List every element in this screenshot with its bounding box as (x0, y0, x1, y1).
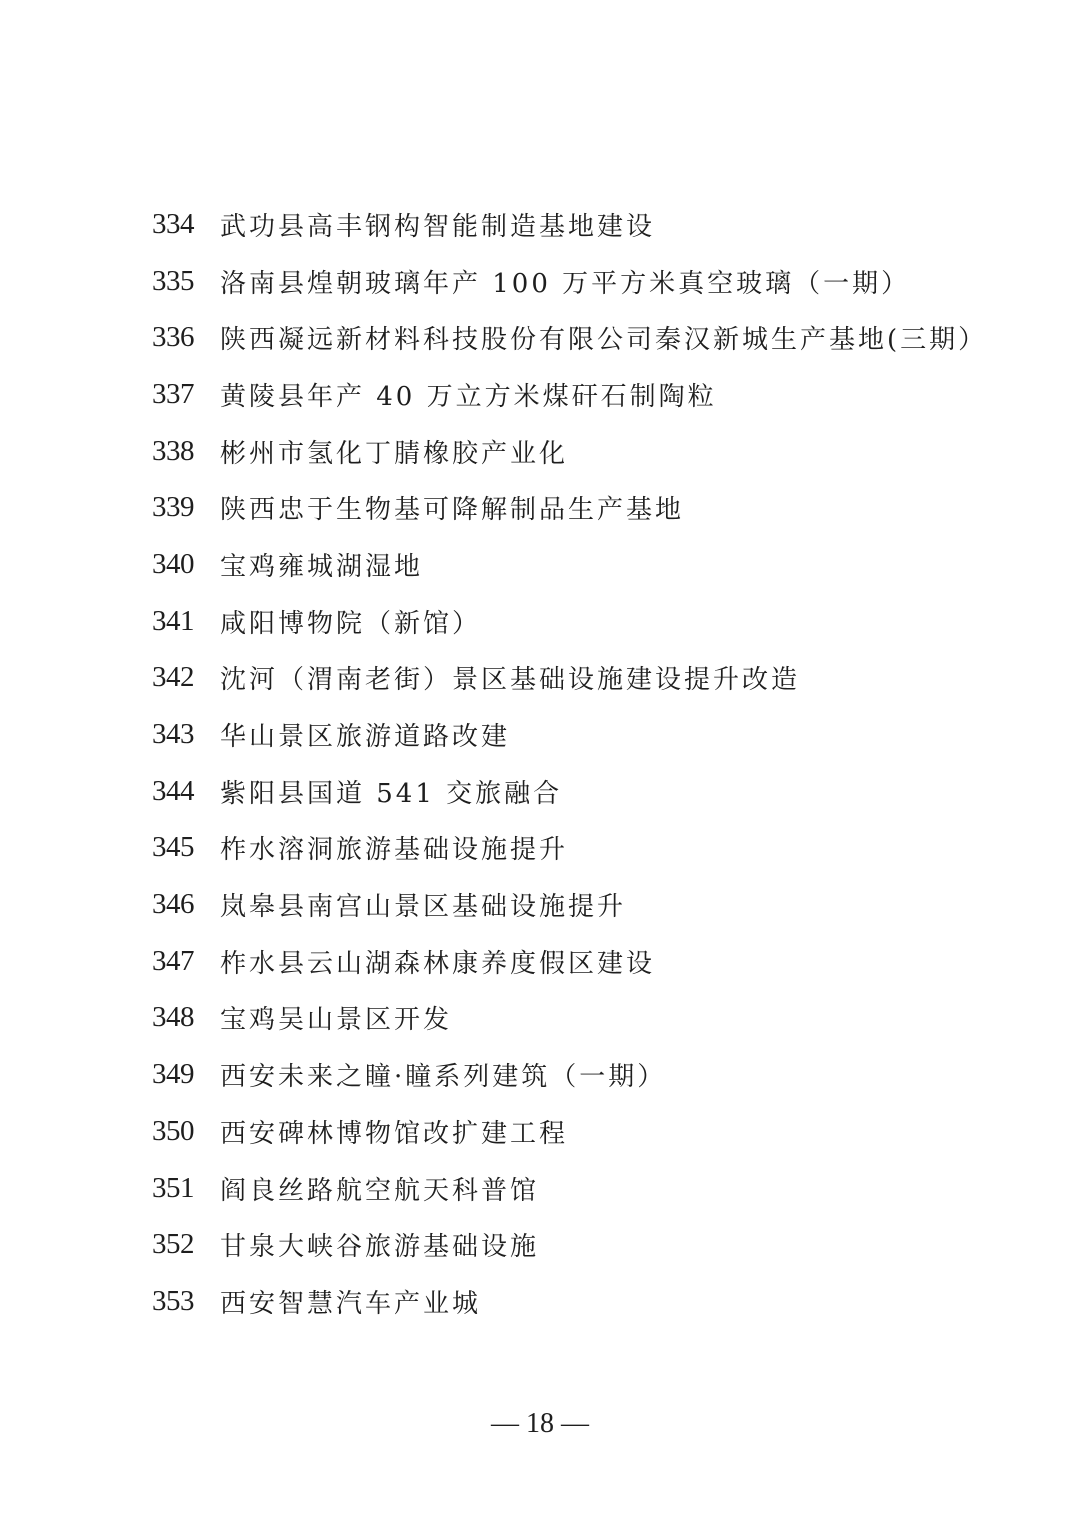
item-number: 337 (152, 378, 220, 411)
item-number: 339 (152, 491, 220, 524)
item-number: 335 (152, 265, 220, 298)
list-item: 350西安碑林博物馆改扩建工程 (152, 1103, 972, 1160)
list-item: 337黄陵县年产 40 万立方米煤矸石制陶粒 (152, 366, 972, 423)
item-number: 340 (152, 548, 220, 581)
item-name: 沈河（渭南老街）景区基础设施建设提升改造 (220, 659, 800, 696)
item-name: 咸阳博物院（新馆） (220, 603, 481, 640)
list-item: 345柞水溶洞旅游基础设施提升 (152, 820, 972, 877)
item-name: 华山景区旅游道路改建 (220, 716, 510, 753)
item-name: 宝鸡吴山景区开发 (220, 999, 452, 1036)
item-name: 宝鸡雍城湖湿地 (220, 546, 423, 583)
list-item: 347柞水县云山湖森林康养度假区建设 (152, 933, 972, 990)
item-number: 341 (152, 605, 220, 638)
list-item: 338彬州市氢化丁腈橡胶产业化 (152, 423, 972, 480)
item-name: 陕西忠于生物基可降解制品生产基地 (220, 489, 684, 526)
list-item: 335洛南县煌朝玻璃年产 100 万平方米真空玻璃（一期） (152, 253, 972, 310)
list-item: 336陕西凝远新材料科技股份有限公司秦汉新城生产基地(三期） (152, 309, 972, 366)
list-item: 349西安未来之瞳·瞳系列建筑（一期） (152, 1046, 972, 1103)
item-number: 344 (152, 775, 220, 808)
item-number: 334 (152, 208, 220, 241)
item-name: 西安智慧汽车产业城 (220, 1283, 481, 1320)
item-name: 甘泉大峡谷旅游基础设施 (220, 1226, 539, 1263)
item-name: 阎良丝路航空航天科普馆 (220, 1170, 539, 1207)
item-name: 紫阳县国道 541 交旅融合 (220, 773, 562, 810)
list-item: 346岚皋县南宫山景区基础设施提升 (152, 876, 972, 933)
item-name: 柞水县云山湖森林康养度假区建设 (220, 943, 655, 980)
list-item: 343华山景区旅游道路改建 (152, 706, 972, 763)
list-item: 353西安智慧汽车产业城 (152, 1273, 972, 1330)
item-name: 西安碑林博物馆改扩建工程 (220, 1113, 568, 1150)
item-number: 349 (152, 1058, 220, 1091)
list-item: 351阎良丝路航空航天科普馆 (152, 1160, 972, 1217)
item-name: 西安未来之瞳·瞳系列建筑（一期） (220, 1056, 666, 1093)
list-item: 339陕西忠于生物基可降解制品生产基地 (152, 479, 972, 536)
item-number: 353 (152, 1285, 220, 1318)
item-number: 346 (152, 888, 220, 921)
item-number: 352 (152, 1228, 220, 1261)
item-number: 345 (152, 831, 220, 864)
list-item: 344紫阳县国道 541 交旅融合 (152, 763, 972, 820)
list-item: 342沈河（渭南老街）景区基础设施建设提升改造 (152, 650, 972, 707)
item-number: 338 (152, 435, 220, 468)
list-item: 348宝鸡吴山景区开发 (152, 990, 972, 1047)
project-list: 334武功县高丰钢构智能制造基地建设 335洛南县煌朝玻璃年产 100 万平方米… (152, 196, 972, 1330)
list-item: 334武功县高丰钢构智能制造基地建设 (152, 196, 972, 253)
item-number: 351 (152, 1172, 220, 1205)
item-name: 柞水溶洞旅游基础设施提升 (220, 829, 568, 866)
item-number: 348 (152, 1001, 220, 1034)
item-number: 347 (152, 945, 220, 978)
item-name: 彬州市氢化丁腈橡胶产业化 (220, 433, 568, 470)
item-number: 336 (152, 321, 220, 354)
item-number: 350 (152, 1115, 220, 1148)
item-name: 洛南县煌朝玻璃年产 100 万平方米真空玻璃（一期） (220, 263, 910, 300)
list-item: 340宝鸡雍城湖湿地 (152, 536, 972, 593)
list-item: 352甘泉大峡谷旅游基础设施 (152, 1216, 972, 1273)
list-item: 341咸阳博物院（新馆） (152, 593, 972, 650)
item-number: 342 (152, 661, 220, 694)
item-number: 343 (152, 718, 220, 751)
page-number: — 18 — (0, 1408, 1080, 1440)
item-name: 陕西凝远新材料科技股份有限公司秦汉新城生产基地(三期） (220, 319, 987, 356)
item-name: 黄陵县年产 40 万立方米煤矸石制陶粒 (220, 376, 717, 413)
item-name: 武功县高丰钢构智能制造基地建设 (220, 206, 655, 243)
document-page: 334武功县高丰钢构智能制造基地建设 335洛南县煌朝玻璃年产 100 万平方米… (0, 0, 1080, 1527)
item-name: 岚皋县南宫山景区基础设施提升 (220, 886, 626, 923)
